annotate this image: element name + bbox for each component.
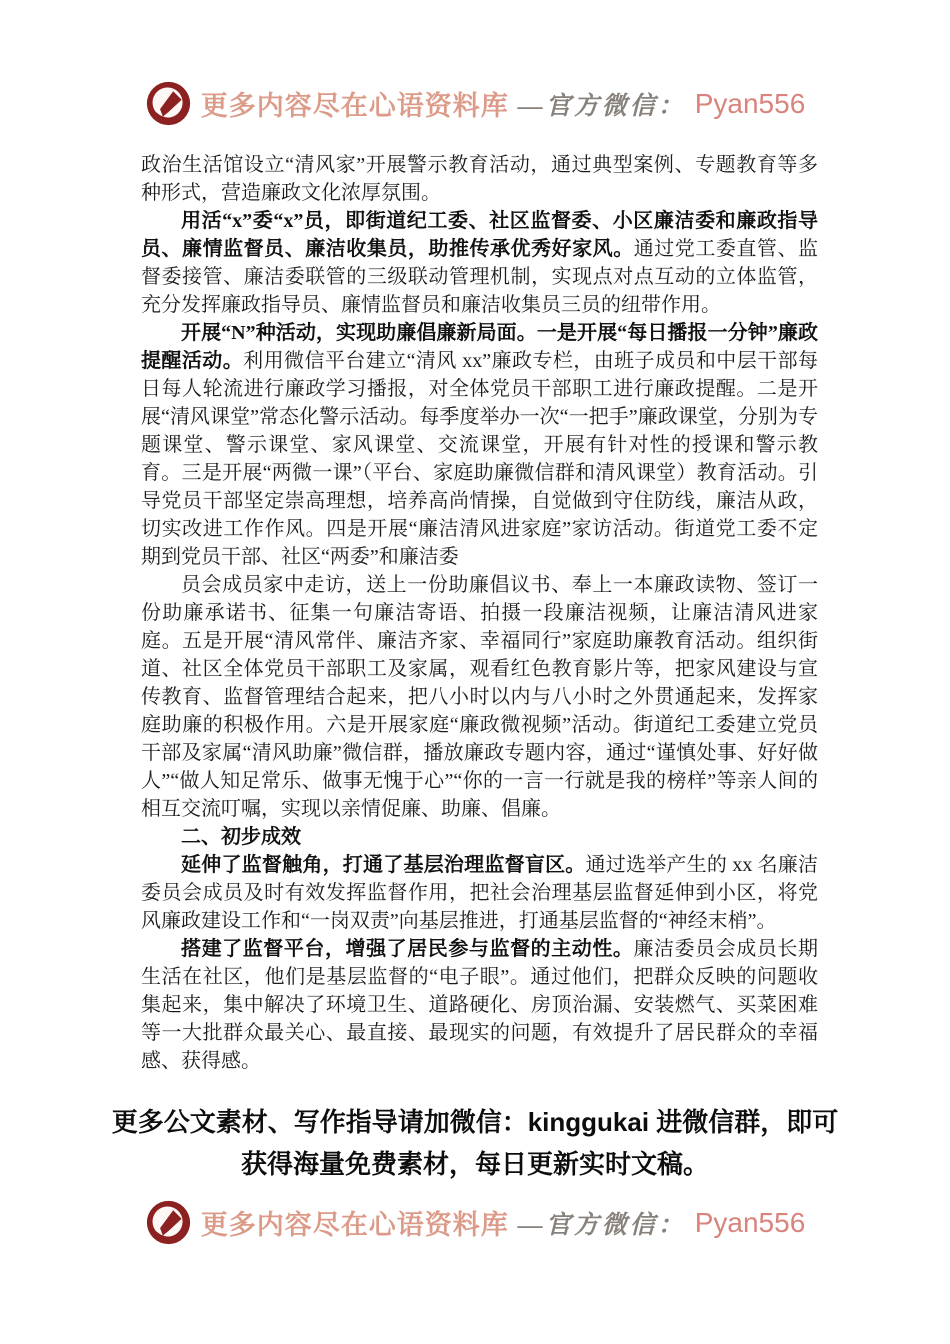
footer-watermark: 更多内容尽在心语资料库 —官方微信： Pyan556 (0, 1199, 950, 1246)
body-paragraph: 开展“N”种活动，实现助廉倡廉新局面。一是开展“每日播报一分钟”廉政提醒活动。利… (141, 319, 818, 571)
document-page: 更多内容尽在心语资料库 —官方微信： Pyan556 政治生活馆设立“清风家”开… (0, 0, 950, 1344)
paragraph-text: 政治生活馆设立“清风家”开展警示教育活动，通过典型案例、专题教育等多种形式，营造… (141, 154, 818, 204)
promo-line: 更多公文素材、写作指导请加微信：kinggukai 进微信群，即可 (0, 1101, 950, 1143)
header-watermark: 更多内容尽在心语资料库 —官方微信： Pyan556 (0, 0, 950, 127)
body-paragraph: 搭建了监督平台，增强了居民参与监督的主动性。廉洁委员会成员长期生活在社区，他们是… (141, 935, 818, 1075)
section-heading-text: 二、初步成效 (181, 826, 301, 848)
body-paragraph: 延伸了监督触角，打通了基层治理监督盲区。通过选举产生的 xx 名廉洁委员会成员及… (141, 851, 818, 935)
body-paragraph: 政治生活馆设立“清风家”开展警示教育活动，通过典型案例、专题教育等多种形式，营造… (141, 151, 818, 207)
watermark-wechat-label: —官方微信： (518, 1205, 686, 1241)
paragraph-text: 利用微信平台建立“清风 xx”廉政专栏，由班子成员和中层干部每日每人轮流进行廉政… (141, 350, 818, 568)
pen-nib-circle-icon (145, 80, 192, 127)
watermark-wechat-id: Pyan556 (695, 1207, 806, 1239)
watermark-wechat-label: —官方微信： (518, 86, 686, 122)
body-paragraph: 员会成员家中走访，送上一份助廉倡议书、奉上一本廉政读物、签订一份助廉承诺书、征集… (141, 571, 818, 823)
promo-banner: 更多公文素材、写作指导请加微信：kinggukai 进微信群，即可 获得海量免费… (0, 1101, 950, 1185)
paragraph-bold-lead: 延伸了监督触角，打通了基层治理监督盲区。 (181, 854, 586, 876)
paragraph-text: 员会成员家中走访，送上一份助廉倡议书、奉上一本廉政读物、签订一份助廉承诺书、征集… (141, 574, 818, 820)
watermark-brand-text: 更多内容尽在心语资料库 (201, 1203, 509, 1242)
watermark-brand-text: 更多内容尽在心语资料库 (201, 84, 509, 123)
watermark-wechat-id: Pyan556 (695, 88, 806, 120)
section-heading: 二、初步成效 (141, 823, 818, 851)
document-body: 政治生活馆设立“清风家”开展警示教育活动，通过典型案例、专题教育等多种形式，营造… (141, 151, 818, 1075)
paragraph-bold-lead: 搭建了监督平台，增强了居民参与监督的主动性。 (181, 938, 633, 960)
body-paragraph: 用活“x”委“x”员，即街道纪工委、社区监督委、小区廉洁委和廉政指导员、廉情监督… (141, 207, 818, 319)
pen-nib-circle-icon (145, 1199, 192, 1246)
promo-line: 获得海量免费素材，每日更新实时文稿。 (0, 1143, 950, 1185)
